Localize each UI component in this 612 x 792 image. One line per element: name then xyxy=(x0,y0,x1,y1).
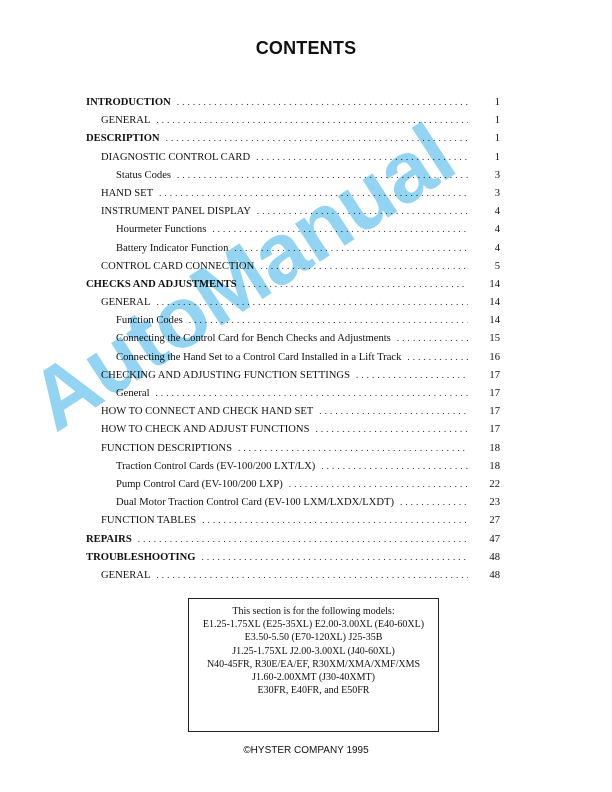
toc-entry-page-number: 4 xyxy=(478,203,500,221)
toc-entry[interactable]: DESCRIPTION.............................… xyxy=(86,129,500,147)
toc-entry-page-number: 18 xyxy=(478,440,500,458)
toc-entry-label: FUNCTION TABLES xyxy=(86,512,202,530)
toc-entry-page-number: 18 xyxy=(478,458,500,476)
toc-entry-page-number: 4 xyxy=(478,240,500,258)
toc-entry-page-number: 14 xyxy=(478,276,500,294)
toc-entry-page-number: 27 xyxy=(478,512,500,530)
toc-entry-label: Hourmeter Functions xyxy=(86,221,212,239)
toc-entry-label: FUNCTION DESCRIPTIONS xyxy=(86,440,238,458)
model-line: E3.50-5.50 (E70-120XL) J25-35B xyxy=(189,631,438,644)
toc-entry-page-number: 14 xyxy=(478,312,500,330)
toc-entry-label: Status Codes xyxy=(86,167,177,185)
toc-entry-label: Connecting the Hand Set to a Control Car… xyxy=(86,349,407,367)
toc-entry-label: HOW TO CHECK AND ADJUST FUNCTIONS xyxy=(86,421,315,439)
toc-entry[interactable]: INSTRUMENT PANEL DISPLAY................… xyxy=(86,202,500,220)
dot-leader: ........................................… xyxy=(407,348,468,366)
toc-entry[interactable]: Function Codes..........................… xyxy=(86,311,500,329)
dot-leader: ........................................… xyxy=(156,111,468,129)
toc-entry[interactable]: Traction Control Cards (EV-100/200 LXT/L… xyxy=(86,457,500,475)
toc-entry-page-number: 14 xyxy=(478,294,500,312)
toc-entry[interactable]: HOW TO CONNECT AND CHECK HAND SET.......… xyxy=(86,402,500,420)
toc-entry[interactable]: REPAIRS.................................… xyxy=(86,530,500,548)
dot-leader: ........................................… xyxy=(243,275,468,293)
toc-entry-page-number: 17 xyxy=(478,403,500,421)
toc-entry-label: Dual Motor Traction Control Card (EV-100… xyxy=(86,494,400,512)
toc-entry-label: GENERAL xyxy=(86,294,156,312)
toc-entry[interactable]: HAND SET................................… xyxy=(86,184,500,202)
dot-leader: ........................................… xyxy=(202,548,469,566)
model-line: E30FR, E40FR, and E50FR xyxy=(189,684,438,697)
page-title: CONTENTS xyxy=(0,38,612,59)
toc-entry[interactable]: Battery Indicator Function..............… xyxy=(86,239,500,257)
toc-entry-label: DIAGNOSTIC CONTROL CARD xyxy=(86,149,256,167)
toc-entry-label: HAND SET xyxy=(86,185,159,203)
toc-entry[interactable]: GENERAL.................................… xyxy=(86,566,500,584)
toc-entry-page-number: 4 xyxy=(478,221,500,239)
toc-entry[interactable]: CHECKS AND ADJUSTMENTS..................… xyxy=(86,275,500,293)
model-line: E1.25-1.75XL (E25-35XL) E2.00-3.00XL (E4… xyxy=(189,618,438,631)
dot-leader: ........................................… xyxy=(319,402,468,420)
toc-entry-label: CHECKING AND ADJUSTING FUNCTION SETTINGS xyxy=(86,367,356,385)
toc-entry-label: GENERAL xyxy=(86,567,156,585)
toc-entry-label: CONTROL CARD CONNECTION xyxy=(86,258,260,276)
toc-entry-page-number: 17 xyxy=(478,385,500,403)
toc-entry-label: REPAIRS xyxy=(86,531,138,549)
toc-entry-page-number: 5 xyxy=(478,258,500,276)
dot-leader: ........................................… xyxy=(166,129,468,147)
toc-entry-label: Battery Indicator Function xyxy=(86,240,234,258)
toc-entry-page-number: 16 xyxy=(478,349,500,367)
toc-entry-label: Function Codes xyxy=(86,312,189,330)
dot-leader: ........................................… xyxy=(212,220,468,238)
dot-leader: ........................................… xyxy=(356,366,468,384)
toc-entry[interactable]: HOW TO CHECK AND ADJUST FUNCTIONS.......… xyxy=(86,420,500,438)
dot-leader: ........................................… xyxy=(257,202,468,220)
toc-entry[interactable]: INTRODUCTION............................… xyxy=(86,93,500,111)
copyright-notice: ©HYSTER COMPANY 1995 xyxy=(0,745,612,756)
applicable-models-box: This section is for the following models… xyxy=(188,598,439,732)
dot-leader: ........................................… xyxy=(397,329,468,347)
toc-entry-label: GENERAL xyxy=(86,112,156,130)
dot-leader: ........................................… xyxy=(321,457,468,475)
toc-entry-label: TROUBLESHOOTING xyxy=(86,549,202,567)
dot-leader: ........................................… xyxy=(238,439,468,457)
dot-leader: ........................................… xyxy=(189,311,468,329)
toc-entry-label: HOW TO CONNECT AND CHECK HAND SET xyxy=(86,403,319,421)
dot-leader: ........................................… xyxy=(156,293,468,311)
model-line: J1.25-1.75XL J2.00-3.00XL (J40-60XL) xyxy=(189,645,438,658)
toc-entry-page-number: 22 xyxy=(478,476,500,494)
toc-entry-page-number: 1 xyxy=(478,149,500,167)
toc-entry[interactable]: GENERAL.................................… xyxy=(86,293,500,311)
toc-entry[interactable]: CHECKING AND ADJUSTING FUNCTION SETTINGS… xyxy=(86,366,500,384)
toc-entry[interactable]: FUNCTION DESCRIPTIONS...................… xyxy=(86,439,500,457)
toc-entry-page-number: 48 xyxy=(478,549,500,567)
dot-leader: ........................................… xyxy=(156,566,468,584)
model-line: J1.60-2.00XMT (J30-40XMT) xyxy=(189,671,438,684)
toc-entry-page-number: 3 xyxy=(478,167,500,185)
toc-entry[interactable]: Dual Motor Traction Control Card (EV-100… xyxy=(86,493,500,511)
model-line: N40-45FR, R30E/EA/EF, R30XM/XMA/XMF/XMS xyxy=(189,658,438,671)
dot-leader: ........................................… xyxy=(159,184,468,202)
toc-entry-page-number: 1 xyxy=(478,130,500,148)
dot-leader: ........................................… xyxy=(202,511,468,529)
toc-entry-label: INTRODUCTION xyxy=(86,94,177,112)
toc-entry[interactable]: TROUBLESHOOTING.........................… xyxy=(86,548,500,566)
toc-entry-page-number: 47 xyxy=(478,531,500,549)
toc-entry-page-number: 17 xyxy=(478,421,500,439)
dot-leader: ........................................… xyxy=(177,93,468,111)
toc-entry[interactable]: Hourmeter Functions.....................… xyxy=(86,220,500,238)
table-of-contents: INTRODUCTION............................… xyxy=(86,93,500,584)
toc-entry-label: INSTRUMENT PANEL DISPLAY xyxy=(86,203,257,221)
dot-leader: ........................................… xyxy=(400,493,468,511)
toc-entry-label: General xyxy=(86,385,156,403)
toc-entry[interactable]: Status Codes............................… xyxy=(86,166,500,184)
dot-leader: ........................................… xyxy=(260,257,468,275)
models-box-heading: This section is for the following models… xyxy=(189,605,438,618)
toc-entry-page-number: 23 xyxy=(478,494,500,512)
toc-entry[interactable]: Pump Control Card (EV-100/200 LXP)......… xyxy=(86,475,500,493)
toc-entry[interactable]: DIAGNOSTIC CONTROL CARD.................… xyxy=(86,148,500,166)
toc-entry-page-number: 15 xyxy=(478,330,500,348)
toc-entry[interactable]: Connecting the Hand Set to a Control Car… xyxy=(86,348,500,366)
dot-leader: ........................................… xyxy=(289,475,468,493)
toc-entry-page-number: 3 xyxy=(478,185,500,203)
toc-entry-page-number: 48 xyxy=(478,567,500,585)
toc-entry[interactable]: GENERAL.................................… xyxy=(86,111,500,129)
toc-entry[interactable]: CONTROL CARD CONNECTION.................… xyxy=(86,257,500,275)
toc-entry-page-number: 1 xyxy=(478,94,500,112)
dot-leader: ........................................… xyxy=(138,530,468,548)
toc-entry-label: Connecting the Control Card for Bench Ch… xyxy=(86,330,397,348)
dot-leader: ........................................… xyxy=(256,148,468,166)
dot-leader: ........................................… xyxy=(156,384,468,402)
toc-entry-label: Pump Control Card (EV-100/200 LXP) xyxy=(86,476,289,494)
toc-entry-label: Traction Control Cards (EV-100/200 LXT/L… xyxy=(86,458,321,476)
dot-leader: ........................................… xyxy=(315,420,468,438)
toc-entry-page-number: 17 xyxy=(478,367,500,385)
dot-leader: ........................................… xyxy=(177,166,468,184)
toc-entry-page-number: 1 xyxy=(478,112,500,130)
dot-leader: ........................................… xyxy=(234,239,468,257)
toc-entry-label: DESCRIPTION xyxy=(86,130,166,148)
toc-entry[interactable]: Connecting the Control Card for Bench Ch… xyxy=(86,329,500,347)
toc-entry-label: CHECKS AND ADJUSTMENTS xyxy=(86,276,243,294)
toc-entry[interactable]: FUNCTION TABLES.........................… xyxy=(86,511,500,529)
toc-entry[interactable]: General.................................… xyxy=(86,384,500,402)
